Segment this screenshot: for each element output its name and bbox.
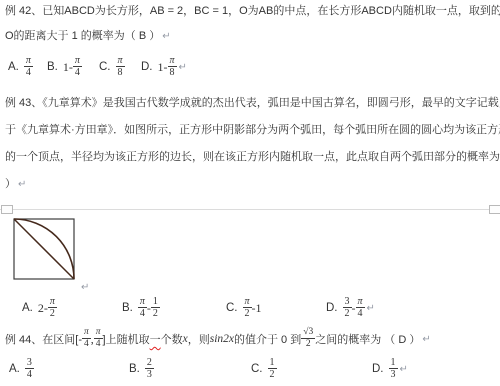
option-label: A. xyxy=(9,363,20,375)
problem43-line2: 于《九章算术·方田章》．如图所示，正方形中阴影部分为两个弧田，每个弧田所在圆的圆… xyxy=(5,123,500,138)
fraction: 12 xyxy=(268,358,277,381)
paragraph-mark-icon: ↵ xyxy=(81,282,89,293)
stem-text: ]上随机取 xyxy=(103,331,150,347)
paragraph-mark-icon: ↵ xyxy=(162,31,170,42)
option-label: B. xyxy=(129,363,140,375)
problem42-line2-text: O的距离大于 1 的概率为（ B ） xyxy=(5,30,160,42)
option-42D: D. 1- π8 ↵ xyxy=(141,52,187,82)
option-label: D. xyxy=(141,61,153,73)
option-label: B. xyxy=(47,61,58,73)
option-44A: A. 34 xyxy=(9,354,34,384)
fraction: 23 xyxy=(145,358,154,381)
formula-sin2x: sin2x xyxy=(210,333,234,345)
problem43-options: A. 2- π2 B. π4 - 12 C. π2 -1 D. 32 - π4 … xyxy=(0,293,500,323)
paragraph-mark-icon: ↵ xyxy=(367,303,375,314)
stem-text: 个数 xyxy=(161,331,183,347)
option-43D: D. 32 - π4 ↵ xyxy=(326,293,375,323)
option-label: A. xyxy=(22,302,33,314)
paragraph-mark-icon: ↵ xyxy=(422,334,430,345)
option-suffix: -1 xyxy=(252,301,262,316)
option-42A: A. π4 xyxy=(8,52,33,82)
fraction: π4 xyxy=(94,328,103,350)
fraction: π4 xyxy=(82,328,91,350)
resize-handle-left[interactable] xyxy=(1,205,13,214)
spellcheck-flagged-text: 一 xyxy=(150,331,161,347)
paragraph-mark-icon: ↵ xyxy=(18,179,26,190)
drawing-canvas-border xyxy=(0,209,500,210)
option-43B: B. π4 - 12 xyxy=(122,293,160,323)
fraction: 34 xyxy=(25,358,34,381)
option-label: D. xyxy=(372,363,384,375)
option-prefix: 1- xyxy=(158,60,168,75)
problem43-line1: 例 43、《九章算术》是我国古代数学成就的杰出代表，弧田是中国古算名，即圆弓形，… xyxy=(5,96,500,111)
fraction: 12 xyxy=(151,297,160,320)
fraction: π4 xyxy=(24,56,33,79)
problem43-line4: ）↵ xyxy=(5,177,26,192)
option-label: C. xyxy=(251,363,263,375)
arc-field-figure xyxy=(13,218,76,285)
stem-text: ，则 xyxy=(188,331,210,347)
option-44D: D. 13 ↵ xyxy=(372,354,408,384)
fraction: π4 xyxy=(73,56,82,79)
option-label: C. xyxy=(226,302,238,314)
problem43-line3: 的一个顶点，半径均为该正方形的边长，则在该正方形内随机取一点，此点取自两个弧田部… xyxy=(5,150,500,165)
fraction: 32 xyxy=(343,297,352,320)
option-42B: B. 1- π4 xyxy=(47,52,82,82)
problem42-options: A. π4 B. 1- π4 C. π8 D. 1- π8 ↵ xyxy=(0,52,500,82)
problem44-options: A. 34 B. 23 C. 12 D. 13 ↵ xyxy=(0,354,500,384)
resize-handle-right[interactable] xyxy=(489,205,500,214)
fraction: π8 xyxy=(168,56,177,79)
option-label: D. xyxy=(326,302,338,314)
stem-text: 的值介于 0 到 xyxy=(234,331,301,347)
fraction: π8 xyxy=(116,56,125,79)
option-label: C. xyxy=(99,61,111,73)
problem42-line2: O的距离大于 1 的概率为（ B ）↵ xyxy=(5,29,171,44)
fraction: π2 xyxy=(243,297,252,320)
option-44B: B. 23 xyxy=(129,354,154,384)
diagonal-line xyxy=(14,219,74,279)
fraction: π4 xyxy=(356,297,365,320)
option-label: B. xyxy=(122,302,133,314)
problem44-stem: 例 44、在区间[-π4,π4]上随机取一个数x，则sin2x的值介于 0 到√… xyxy=(5,325,431,353)
stem-text: 之间的概率为 （ D ） xyxy=(315,331,420,347)
option-label: A. xyxy=(8,61,19,73)
fraction: π4 xyxy=(138,297,147,320)
option-prefix: 2- xyxy=(38,301,48,316)
option-43A: A. 2- π2 xyxy=(22,293,57,323)
problem42-line1: 例 42、已知ABCD为长方形，AB = 2，BC = 1，O为AB的中点，在长… xyxy=(5,4,500,19)
fraction: √32 xyxy=(301,328,315,350)
option-42C: C. π8 xyxy=(99,52,125,82)
fraction: π2 xyxy=(48,297,57,320)
problem43-line4-text: ） xyxy=(5,178,16,190)
document-page: 例 42、已知ABCD为长方形，AB = 2，BC = 1，O为AB的中点，在长… xyxy=(0,0,500,386)
paragraph-mark-icon: ↵ xyxy=(179,62,187,73)
arc-field-svg xyxy=(13,218,76,280)
option-prefix: 1- xyxy=(63,60,73,75)
paragraph-mark-icon: ↵ xyxy=(400,364,408,375)
option-43C: C. π2 -1 xyxy=(226,293,262,323)
fraction: 13 xyxy=(389,358,398,381)
stem-text: 例 44、在区间[- xyxy=(5,331,82,347)
option-44C: C. 12 xyxy=(251,354,277,384)
